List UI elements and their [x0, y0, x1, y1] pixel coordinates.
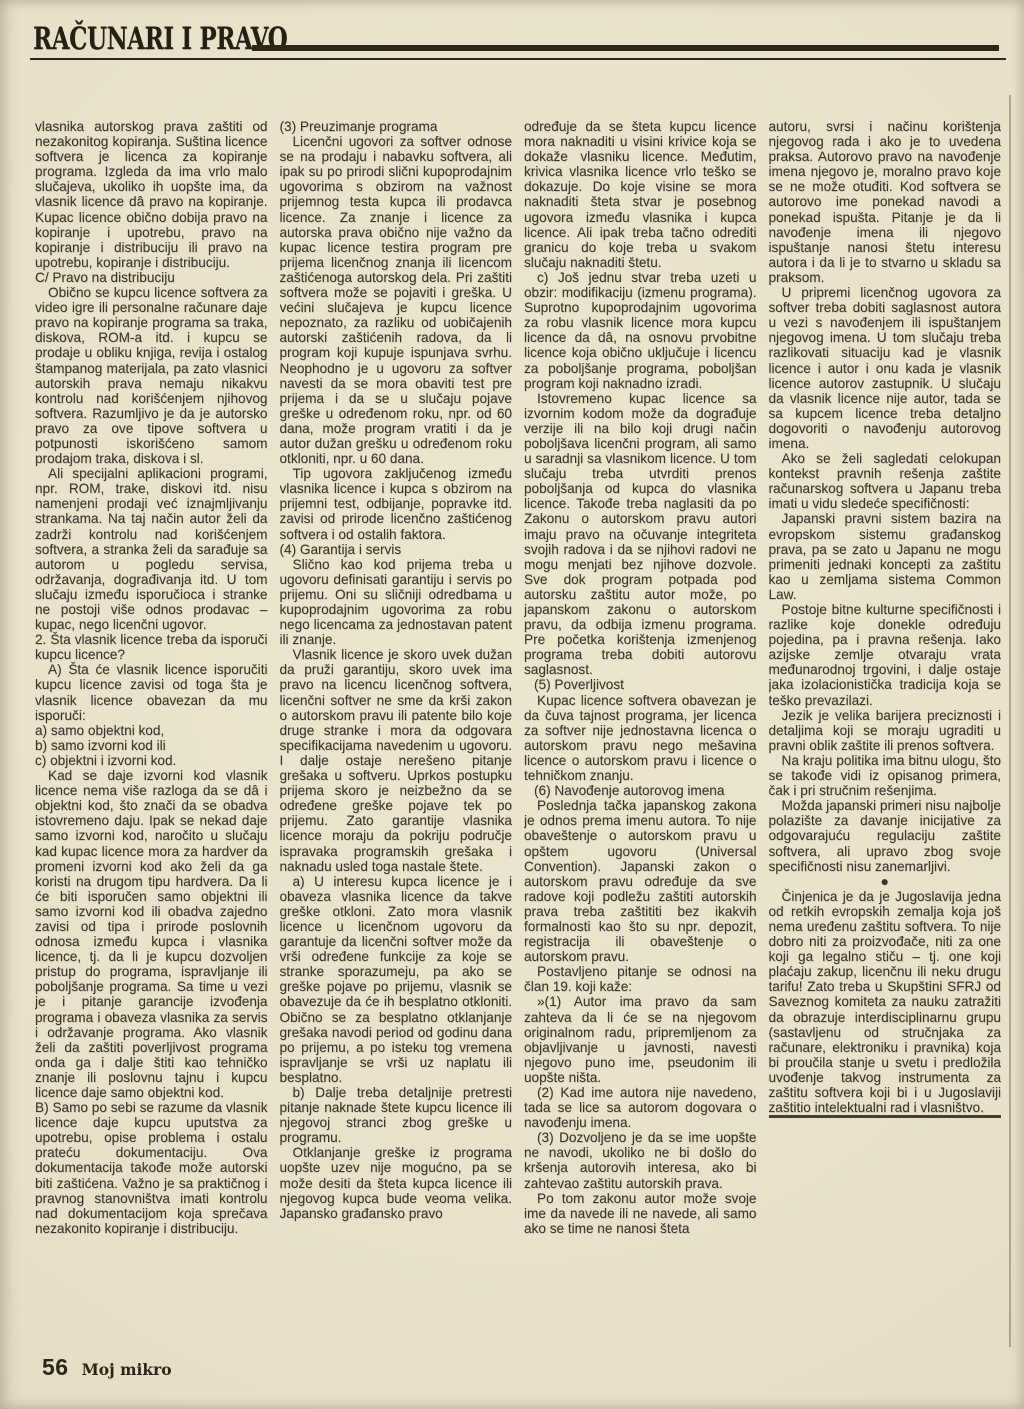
masthead-rule-thick	[252, 45, 999, 51]
article-columns: vlasnika autorskog prava zaštiti od neza…	[35, 119, 1001, 1355]
masthead-rule-thin	[30, 58, 1006, 60]
list-line: b) samo izvorni kod ili	[35, 738, 268, 753]
separator-bullet: ●	[769, 874, 1002, 889]
paragraph: (2) Kad ime autora nije navedeno, tada s…	[524, 1085, 757, 1130]
paragraph: »(1) Autor ima pravo da sam zahteva da l…	[524, 994, 757, 1085]
section-heading: (3) Preuzimanje programa	[280, 119, 513, 134]
paragraph: Licenčni ugovori za softver odnose se na…	[280, 134, 513, 466]
paragraph: Možda japanski primeri nisu najbolje pol…	[769, 798, 1002, 873]
magazine-page: RAČUNARI I PRAVO vlasnika autorskog prav…	[0, 0, 1024, 1409]
paragraph: Jezik je velika barijera preciznosti i d…	[769, 708, 1002, 753]
paragraph: Tip ugovora zaključenog između vlasnika …	[280, 466, 513, 541]
paragraph: Vlasnik licence je skoro uvek dužan da p…	[280, 647, 513, 873]
paragraph: vlasnika autorskog prava zaštiti od neza…	[35, 119, 268, 270]
paragraph: Poslednja tačka japanskog zakona je odno…	[524, 798, 757, 964]
scan-artifact-line	[1009, 95, 1011, 1347]
paragraph: U pripremi licenčnog ugovora za softver …	[769, 285, 1002, 451]
page-footer: 56 Moj mikro	[42, 1354, 172, 1381]
section-heading: (5) Poverljivost	[524, 677, 757, 692]
section-heading: (4) Garantija i servis	[280, 542, 513, 557]
column-3: određuje da se šteta kupcu licence mora …	[524, 119, 757, 1355]
paragraph: Postavljeno pitanje se odnosi na član 19…	[524, 964, 757, 994]
paragraph: 2. Šta vlasnik licence treba da isporuči…	[35, 632, 268, 662]
list-line: a) samo objektni kod,	[35, 723, 268, 738]
paragraph: Obično se kupcu licence softvera za vide…	[35, 285, 268, 466]
paragraph: Ali specijalni aplikacioni programi, npr…	[35, 466, 268, 632]
paragraph: Na kraju politika ima bitnu ulogu, što s…	[769, 753, 1002, 798]
paragraph: određuje da se šteta kupcu licence mora …	[524, 119, 757, 270]
section-title: RAČUNARI I PRAVO	[33, 24, 287, 55]
magazine-name: Moj mikro	[82, 1360, 172, 1379]
paragraph: c) Još jednu stvar treba uzeti u obzir: …	[524, 270, 757, 391]
paragraph: Slično kao kod prijema treba u ugovoru d…	[280, 557, 513, 648]
column-4: autoru, svrsi i načinu korištenja njegov…	[769, 119, 1002, 1355]
paragraph: b) Dalje treba detaljnije pretresti pita…	[280, 1085, 513, 1145]
page-number: 56	[42, 1354, 69, 1381]
paragraph: autoru, svrsi i načinu korištenja njegov…	[769, 119, 1002, 285]
section-heading: C/ Pravo na distribuciju	[35, 270, 268, 285]
paragraph: Otklanjanje greške iz programa uopšte uz…	[280, 1145, 513, 1220]
paragraph: Istovremeno kupac licence sa izvornim ko…	[524, 391, 757, 678]
paragraph: Ako se želi sagledati celokupan kontekst…	[769, 451, 1002, 511]
column-2: (3) Preuzimanje programaLicenčni ugovori…	[280, 119, 513, 1355]
section-heading: (6) Navođenje autorovog imena	[524, 783, 757, 798]
paragraph: Po tom zakonu autor može svoje ime da na…	[524, 1191, 757, 1236]
paragraph: Kad se daje izvorni kod vlasnik licence …	[35, 768, 268, 1100]
end-rule	[769, 1115, 1002, 1118]
paragraph: a) U interesu kupca licence je i obaveza…	[280, 874, 513, 1085]
list-line: c) objektni i izvorni kod.	[35, 753, 268, 768]
paragraph: (3) Dozvoljeno je da se ime uopšte ne na…	[524, 1130, 757, 1190]
paragraph: Japanski pravni sistem bazira na evropsk…	[769, 511, 1002, 602]
paragraph: Postoje bitne kulturne specifičnosti i r…	[769, 602, 1002, 708]
paragraph: A) Šta će vlasnik licence isporučiti kup…	[35, 662, 268, 722]
paragraph: Kupac licence softvera obavezan je da ču…	[524, 693, 757, 784]
column-1: vlasnika autorskog prava zaštiti od neza…	[35, 119, 268, 1355]
paragraph: Činjenica je da je Jugoslavija jedna od …	[769, 889, 1002, 1115]
paragraph: B) Samo po sebi se razume da vlasnik lic…	[35, 1100, 268, 1236]
